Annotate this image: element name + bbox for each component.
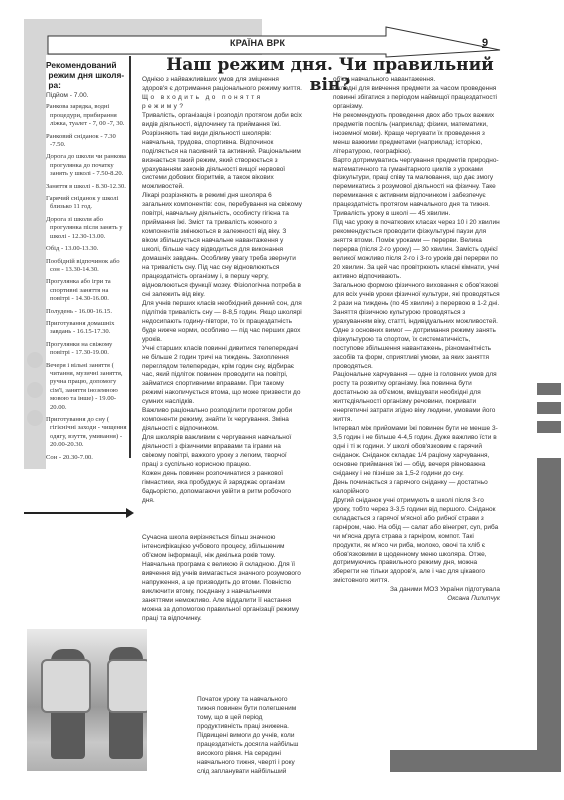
sidebar-heading: Рекомендований режим дня школя- ра:	[46, 60, 128, 90]
schedule-item: Дорога до школи чи ранкова прогулянка до…	[46, 153, 128, 178]
schedule-item: Ранкова зарядка, водні процедури, прибир…	[46, 103, 128, 128]
decorative-bar-vertical	[537, 458, 561, 772]
decorative-bar-horizontal	[390, 750, 561, 772]
schedule-item: Підйом - 7.00.	[46, 92, 128, 100]
credit-line: За даними МОЗ України підготувала Оксана…	[333, 586, 500, 604]
paragraph: Сучасна школа вирізняється більш значною…	[142, 534, 302, 624]
schedule-item: Прогулянка або ігри та спортивні заняття…	[46, 278, 128, 303]
column-divider	[129, 56, 131, 458]
paragraph: День починається з гарячого сніданку — д…	[333, 479, 500, 497]
schedule-item: Вечеря і вільні заняття ( читання, музич…	[46, 362, 128, 412]
paragraph: Важливо раціонально розподілити протягом…	[142, 407, 302, 434]
article-column-middle-lower: Сучасна школа вирізняється більш значною…	[142, 534, 302, 624]
schedule-item: Прогулянки на свіжому повітрі - 17.30-19…	[46, 341, 128, 358]
paragraph: об'єм навчального навантаження.	[333, 76, 500, 85]
paragraph: Учні старших класів повинні дивитися тел…	[142, 345, 302, 408]
children-with-backpacks-photo	[27, 629, 147, 771]
schedule-item: Сон - 20.30-7.00.	[46, 454, 128, 462]
paragraph: Під час уроку в початкових класах через …	[333, 219, 500, 282]
arrow-line	[24, 512, 130, 514]
article-column-middle-narrow: Початок уроку та навчального тижня повин…	[197, 696, 305, 777]
paragraph: Не рекомендують проведення двох або трьо…	[333, 112, 500, 157]
schedule-item: Гарячий сніданок у школі близько 11 год.	[46, 195, 128, 212]
sidebar-schedule: Рекомендований режим дня школя- ра: Підй…	[46, 60, 128, 466]
schedule-item: Заняття в школі - 8.30-12.30.	[46, 183, 128, 191]
paragraph: Тривалість, організація і розподіл протя…	[142, 112, 302, 193]
schedule-item: Полудень - 16.00-16.15.	[46, 308, 128, 316]
decorative-gray-side	[24, 19, 46, 469]
schedule-item: Пообідній відпочинок або сон - 13.30-14.…	[46, 258, 128, 275]
schedule-item: Приготування до сну ( гігієнічні заходи …	[46, 416, 128, 450]
section-title: КРАЇНА ВРК	[230, 38, 285, 48]
subheading-question: Що входить до поняття режиму?	[142, 94, 302, 112]
paragraph: Варто дотримуватись чергування предметів…	[333, 157, 500, 220]
page-number: 9	[482, 37, 488, 49]
bullet-circle-icon	[27, 352, 43, 368]
paragraph: Лікарі розрізняють в режимі дня школяра …	[142, 192, 302, 299]
author-name: Оксана Пилипчук	[447, 595, 500, 602]
paragraph: Для школярів важливим є чергування навча…	[142, 434, 302, 470]
article-column-middle: Однією з найважливіших умов для зміцненн…	[142, 76, 302, 506]
article-column-right: об'єм навчального навантаження. Складні …	[333, 76, 500, 604]
schedule-item: Приготування домашніх завдань - 16.15-17…	[46, 320, 128, 337]
bullet-circle-icon	[27, 382, 43, 398]
schedule-item: Дорога зі школи або прогулянка після зан…	[46, 216, 128, 241]
paragraph: Інтервал між прийомами їжі повинен бути …	[333, 425, 500, 479]
paragraph: Раціональне харчування — одне із головни…	[333, 371, 500, 425]
paragraph: Загальною формою фізичного виховання є о…	[333, 282, 500, 372]
paragraph: Однією з найважливіших умов для зміцненн…	[142, 76, 302, 94]
paragraph: Кожен день повинен розпочинатися з ранко…	[142, 470, 302, 506]
paragraph: Початок уроку та навчального тижня повин…	[197, 696, 305, 777]
schedule-item: Ранковий сніданок - 7.30 -7.50.	[46, 133, 128, 150]
schedule-item: Обід - 13.00-13.30.	[46, 245, 128, 253]
decorative-square	[537, 383, 561, 395]
paragraph: Для учнів перших класів необхідний денни…	[142, 300, 302, 345]
arrow-head-icon	[126, 508, 134, 518]
decorative-square	[537, 402, 561, 414]
paragraph: Складні для вивчення предмети за часом п…	[333, 85, 500, 112]
decorative-square	[537, 421, 561, 433]
paragraph: Другий сніданок учні отримують в школі п…	[333, 497, 500, 587]
bullet-circle-icon	[27, 410, 43, 426]
